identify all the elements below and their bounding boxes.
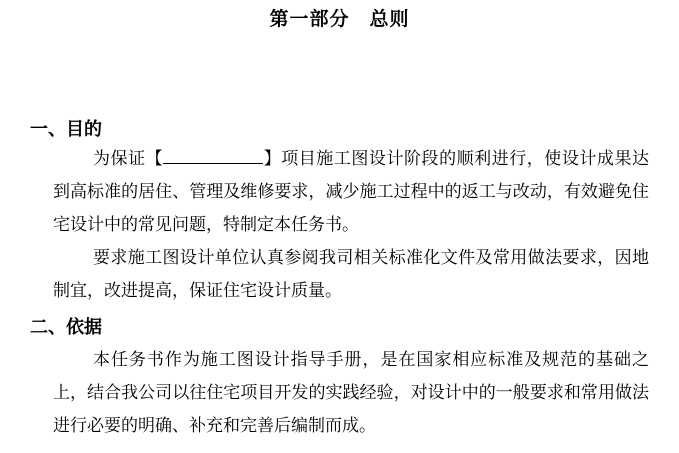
paragraph-purpose-2: 要求施工图设计单位认真参阅我司相关标准化文件及常用做法要求，因地制宜，改进提高，…: [53, 241, 649, 307]
section-heading-basis: 二、依据: [30, 314, 649, 340]
document-title: 第一部分 总则: [30, 8, 649, 32]
section-heading-purpose: 一、目的: [30, 116, 649, 142]
paragraph-basis-1: 本任务书作为施工图设计指导手册，是在国家相应标准及规范的基础之上，结合我公司以往…: [53, 343, 649, 442]
section-purpose: 一、目的 为保证【】项目施工图设计阶段的顺利进行，使设计成果达到高标准的居住、管…: [30, 116, 649, 307]
section-basis: 二、依据 本任务书作为施工图设计指导手册，是在国家相应标准及规范的基础之上，结合…: [30, 314, 649, 442]
document-page: 第一部分 总则 一、目的 为保证【】项目施工图设计阶段的顺利进行，使设计成果达到…: [0, 0, 679, 453]
fill-in-blank-underline: [163, 149, 263, 164]
paragraph-purpose-1: 为保证【】项目施工图设计阶段的顺利进行，使设计成果达到高标准的居住、管理及维修要…: [53, 142, 649, 241]
paragraph-text-before-blank: 为保证【: [93, 149, 163, 168]
